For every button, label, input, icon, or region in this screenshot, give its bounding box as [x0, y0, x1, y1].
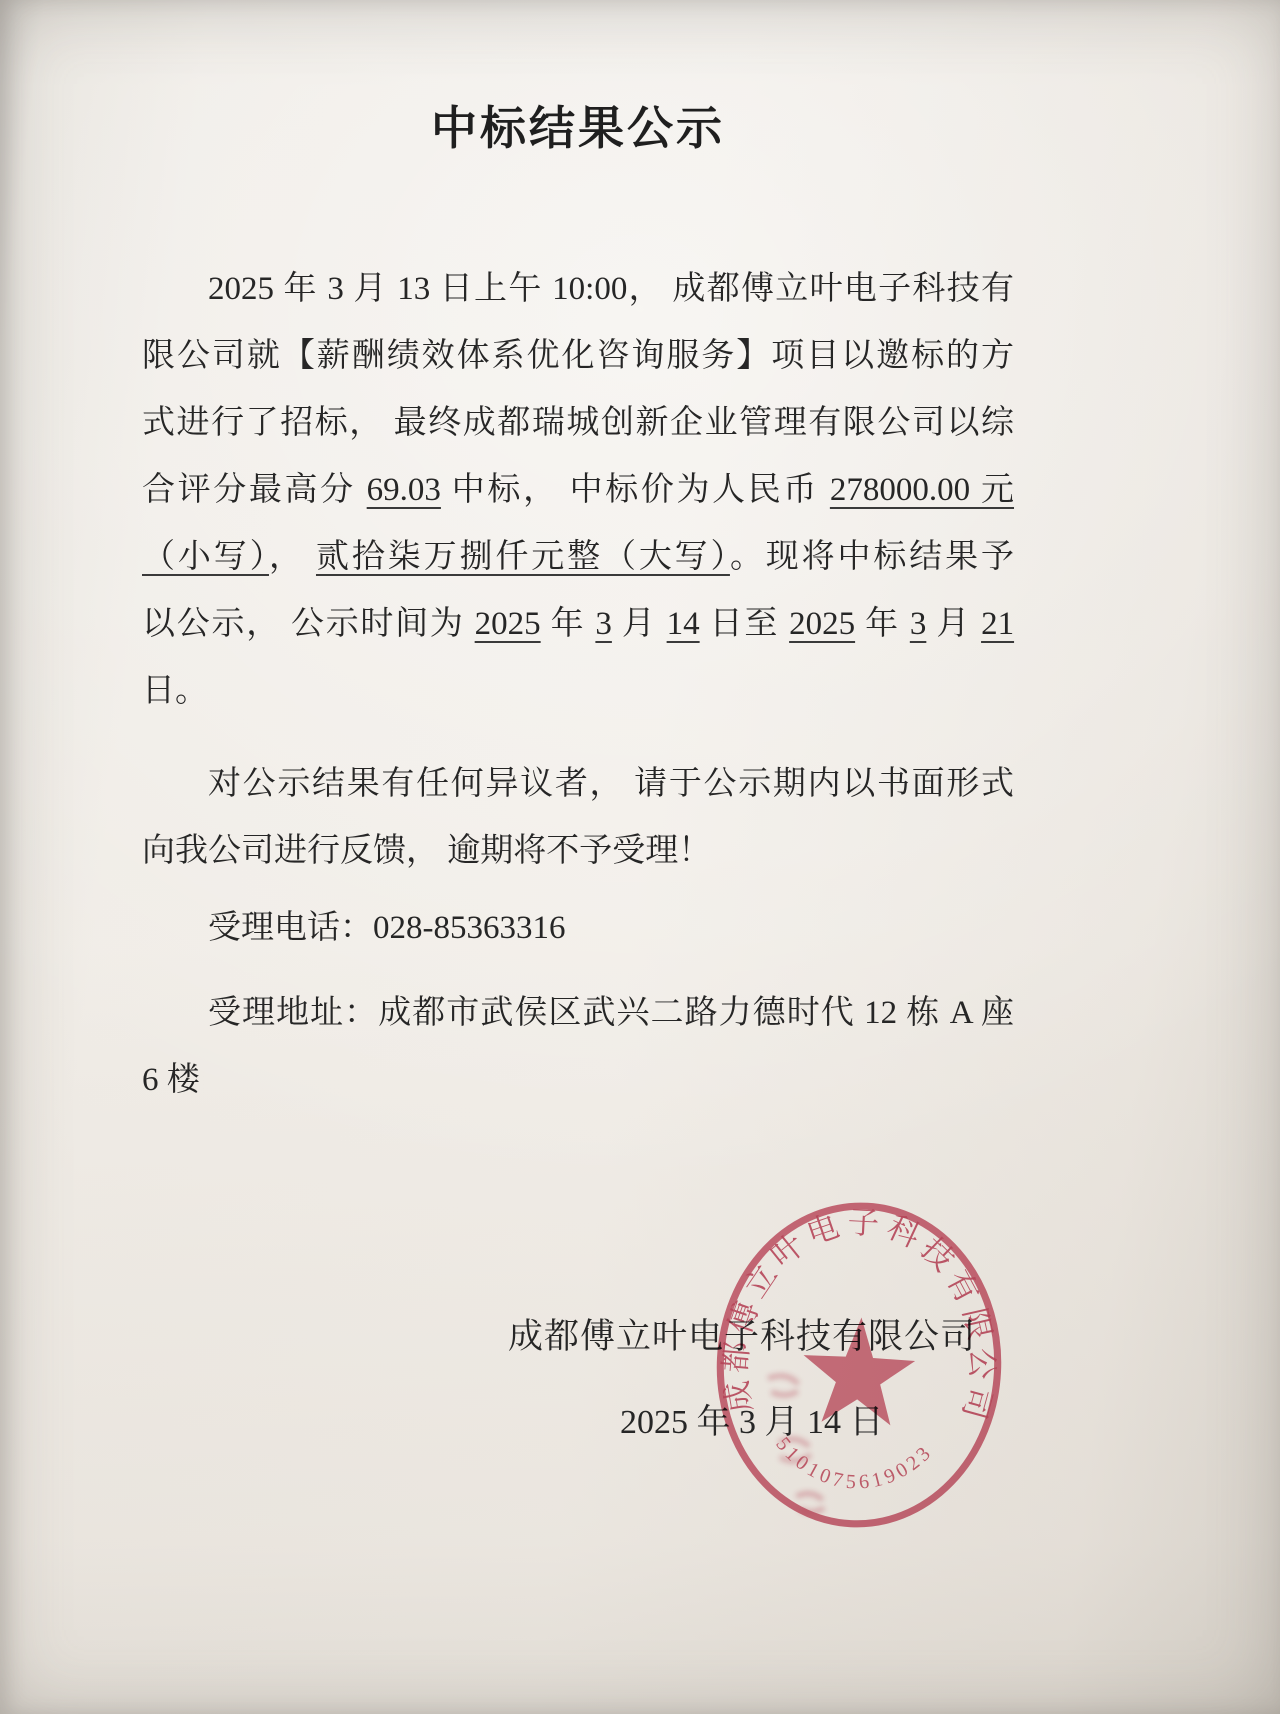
body-line: 限公司就【薪酬绩效体系优化咨询服务】项目以邀标的方: [142, 323, 1014, 390]
body-line: 对公示结果有任何异议者， 请于公示期内以书面形式: [142, 751, 1014, 818]
text-run: 2025 年 3 月 13 日上午 10:00， 成都傅立叶电子科技有: [208, 271, 1014, 307]
body-line: 向我公司进行反馈， 逾期将不予受理！: [142, 818, 1014, 885]
body-line: 以公示， 公示时间为 2025 年 3 月 14 日至 2025 年 3 月 2…: [142, 591, 1014, 658]
document-body: 2025 年 3 月 13 日上午 10:00， 成都傅立叶电子科技有 限公司就…: [142, 256, 1014, 1114]
text-run: 。现将中标结果予: [730, 539, 1014, 575]
body-line: 日。: [142, 658, 1014, 725]
seal-number: 5101075619023: [769, 1432, 938, 1497]
text-run: 日至: [700, 606, 789, 642]
publicity-end-day: 21: [981, 606, 1014, 642]
text-run: 式进行了招标， 最终成都瑞城创新企业管理有限公司以综: [142, 405, 1014, 441]
text-run: 限公司就【薪酬绩效体系优化咨询服务】项目以邀标的方: [142, 338, 1014, 374]
body-line: 式进行了招标， 最终成都瑞城创新企业管理有限公司以综: [142, 390, 1014, 457]
text-run: 对公示结果有任何异议者， 请于公示期内以书面形式: [208, 766, 1014, 802]
publicity-start-month: 3: [595, 606, 612, 642]
text-run: 日。: [142, 673, 208, 709]
publicity-end-year: 2025: [789, 606, 855, 642]
text-run: 月: [612, 606, 667, 642]
text-run: 中标， 中标价为人民币: [441, 472, 830, 508]
svg-text:5101075619023: 5101075619023: [769, 1432, 938, 1497]
body-line: 2025 年 3 月 13 日上午 10:00， 成都傅立叶电子科技有: [142, 256, 1014, 323]
text-run: 向我公司进行反馈， 逾期将不予受理！: [142, 833, 711, 869]
publicity-start-year: 2025: [475, 606, 541, 642]
text-run: （小写）: [142, 539, 269, 575]
text-run: ，: [269, 539, 316, 575]
publicity-end-month: 3: [910, 606, 927, 642]
contact-address-line-2: 6 楼: [142, 1047, 1014, 1114]
text-run: 月: [926, 606, 981, 642]
text-run: 合评分最高分: [142, 472, 367, 508]
contact-phone-line: 受理电话：028-85363316: [142, 895, 1014, 962]
score-value: 69.03: [367, 472, 441, 508]
company-seal-stamp: 成都傅立叶电子科技有限公司 5101075619023: [701, 1188, 1016, 1541]
bid-amount-value: 278000.00 元: [830, 472, 1014, 508]
document-title: 中标结果公示: [142, 92, 1014, 158]
text-run: 年: [541, 606, 596, 642]
seal-star-icon: [800, 1315, 917, 1427]
publicity-start-day: 14: [667, 606, 700, 642]
text-run: 以公示， 公示时间为: [142, 606, 475, 642]
body-line: 合评分最高分 69.03 中标， 中标价为人民币 278000.00 元: [142, 457, 1014, 524]
contact-address-line: 受理地址：成都市武侯区武兴二路力德时代 12 栋 A 座: [142, 980, 1014, 1047]
body-line: （小写）， 贰拾柒万捌仟元整（大写）。现将中标结果予: [142, 524, 1014, 591]
bid-amount-words: 贰拾柒万捌仟元整（大写）: [316, 539, 730, 575]
text-run: 年: [855, 606, 910, 642]
